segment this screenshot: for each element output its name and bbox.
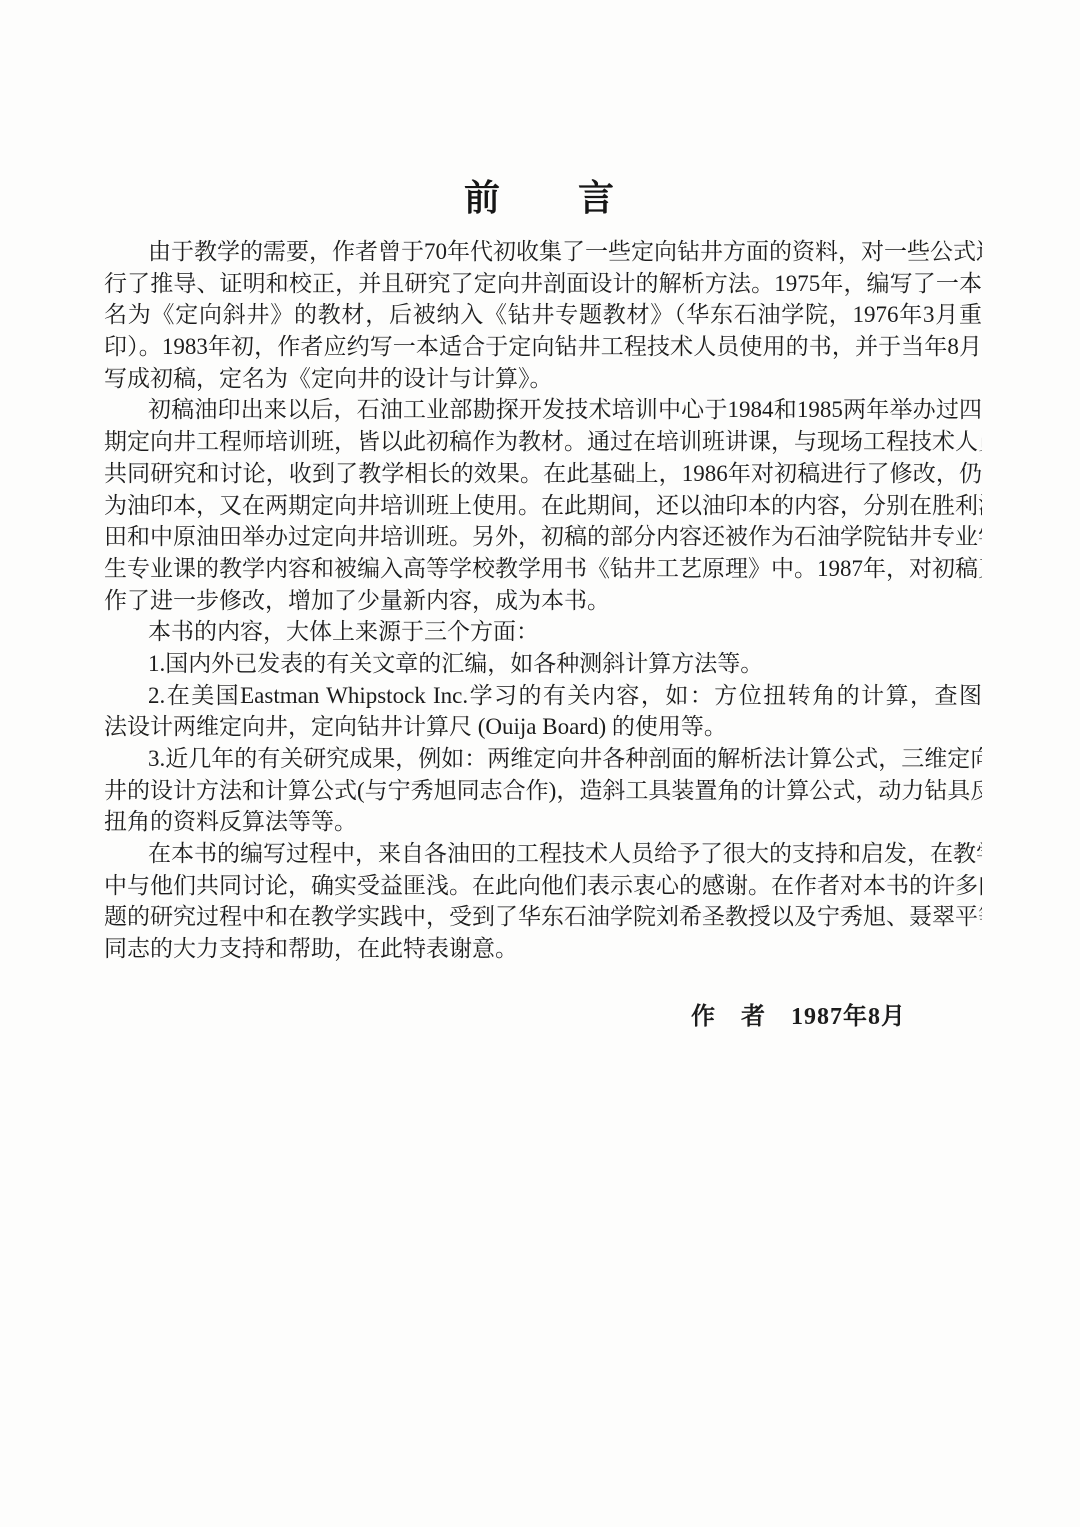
text-line: 3.近几年的有关研究成果，例如：两维定向井各种剖面的解析法计算公式，三维定向 [104, 743, 982, 775]
text-line: 中与他们共同讨论，确实受益匪浅。在此向他们表示衷心的感谢。在作者对本书的许多问 [104, 870, 982, 902]
text-line: 写成初稿，定名为《定向井的设计与计算》。 [104, 363, 982, 395]
scanned-book-page: 前 言 由于教学的需要，作者曾于70年代初收集了一些定向钻井方面的资料，对一些公… [0, 0, 1080, 1527]
text-line: 由于教学的需要，作者曾于70年代初收集了一些定向钻井方面的资料，对一些公式进 [104, 236, 982, 268]
text-line: 在本书的编写过程中，来自各油田的工程技术人员给予了很大的支持和启发，在教学 [104, 838, 982, 870]
text-line: 共同研究和讨论，收到了教学相长的效果。在此基础上，1986年对初稿进行了修改，仍 [104, 458, 982, 490]
text-line: 1.国内外已发表的有关文章的汇编，如各种测斜计算方法等。 [104, 648, 982, 680]
text-line: 题的研究过程中和在教学实践中，受到了华东石油学院刘希圣教授以及宁秀旭、聂翠平等 [104, 901, 982, 933]
text-line: 行了推导、证明和校正，并且研究了定向井剖面设计的解析方法。1975年，编写了一本 [104, 268, 982, 300]
text-line: 田和中原油田举办过定向井培训班。另外，初稿的部分内容还被作为石油学院钻井专业学 [104, 521, 982, 553]
text-line: 生专业课的教学内容和被编入高等学校教学用书《钻井工艺原理》中。1987年，对初稿… [104, 553, 982, 585]
text-line: 作了进一步修改，增加了少量新内容，成为本书。 [104, 585, 982, 617]
author-signature: 作 者 1987年8月 [104, 996, 906, 1031]
text-line: 本书的内容，大体上来源于三个方面： [104, 616, 982, 648]
text-line: 法设计两维定向井，定向钻井计算尺 (Ouija Board) 的使用等。 [104, 711, 982, 743]
text-line: 扭角的资料反算法等等。 [104, 806, 982, 838]
text-line: 初稿油印出来以后，石油工业部勘探开发技术培训中心于1984和1985两年举办过四 [104, 394, 982, 426]
text-line: 井的设计方法和计算公式(与宁秀旭同志合作)，造斜工具装置角的计算公式，动力钻具反 [104, 775, 982, 807]
text-line: 为油印本，又在两期定向井培训班上使用。在此期间，还以油印本的内容，分别在胜利油 [104, 490, 982, 522]
text-line: 印）。1983年初，作者应约写一本适合于定向钻井工程技术人员使用的书，并于当年8… [104, 331, 982, 363]
text-line: 2.在美国Eastman Whipstock Inc.学习的有关内容，如：方位扭… [104, 680, 982, 712]
preface-body-text: 由于教学的需要，作者曾于70年代初收集了一些定向钻井方面的资料，对一些公式进行了… [104, 236, 982, 965]
text-line: 同志的大力支持和帮助，在此特表谢意。 [104, 933, 982, 965]
page-title: 前 言 [0, 170, 1080, 221]
text-line: 名为《定向斜井》的教材，后被纳入《钻井专题教材》（华东石油学院，1976年3月重 [104, 299, 982, 331]
text-line: 期定向井工程师培训班，皆以此初稿作为教材。通过在培训班讲课，与现场工程技术人员 [104, 426, 982, 458]
